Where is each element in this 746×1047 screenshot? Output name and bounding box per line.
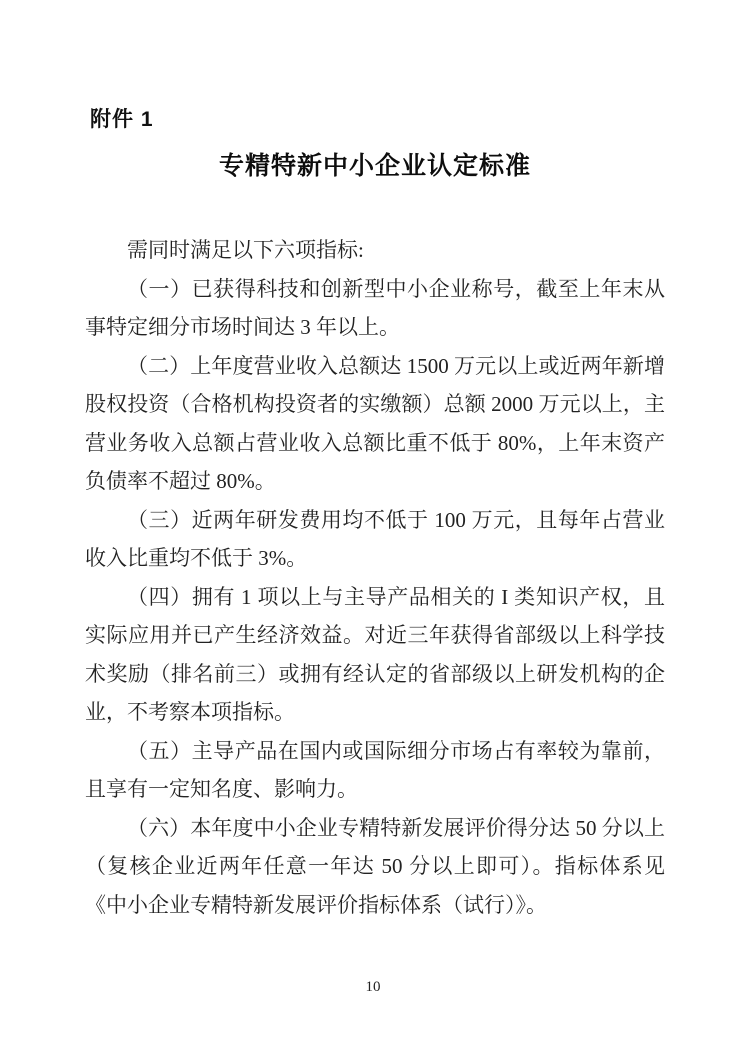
criteria-paragraph: （一）已获得科技和创新型中小企业称号，截至上年末从事特定细分市场时间达 3 年以… — [85, 270, 665, 347]
document-body: 需同时满足以下六项指标: （一）已获得科技和创新型中小企业称号，截至上年末从事特… — [85, 231, 665, 924]
attachment-label: 附件 1 — [90, 103, 154, 133]
criteria-paragraph: （三）近两年研发费用均不低于 100 万元，且每年占营业收入比重均不低于 3%。 — [85, 501, 665, 578]
intro-paragraph: 需同时满足以下六项指标: — [85, 231, 665, 270]
criteria-paragraph: （五）主导产品在国内或国际细分市场占有率较为靠前，且享有一定知名度、影响力。 — [85, 732, 665, 809]
document-page: 附件 1 专精特新中小企业认定标准 需同时满足以下六项指标: （一）已获得科技和… — [0, 0, 746, 1047]
criteria-paragraph: （四）拥有 1 项以上与主导产品相关的 I 类知识产权，且实际应用并已产生经济效… — [85, 578, 665, 732]
page-number: 10 — [0, 979, 746, 996]
criteria-paragraph: （二）上年度营业收入总额达 1500 万元以上或近两年新增股权投资（合格机构投资… — [85, 347, 665, 501]
criteria-paragraph: （六）本年度中小企业专精特新发展评价得分达 50 分以上（复核企业近两年任意一年… — [85, 809, 665, 925]
document-title: 专精特新中小企业认定标准 — [85, 146, 665, 182]
criteria-paragraphs: （一）已获得科技和创新型中小企业称号，截至上年末从事特定细分市场时间达 3 年以… — [85, 270, 665, 925]
